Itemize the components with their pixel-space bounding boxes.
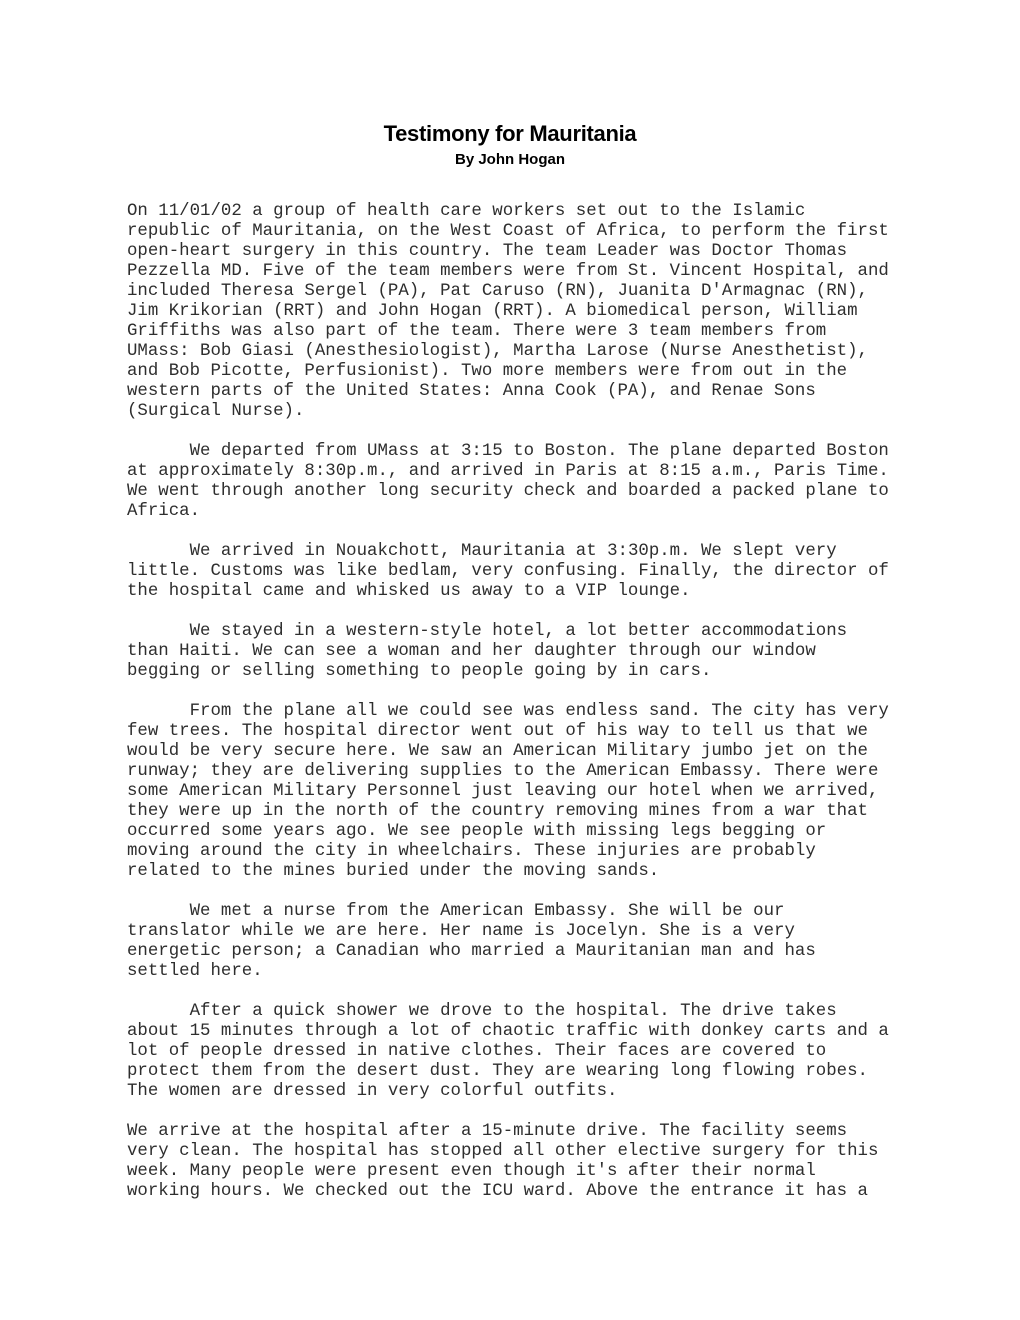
document-title: Testimony for Mauritania xyxy=(127,120,893,148)
paragraph: We arrive at the hospital after a 15-min… xyxy=(127,1122,893,1202)
paragraph: On 11/01/02 a group of health care worke… xyxy=(127,202,893,422)
paragraph: We departed from UMass at 3:15 to Boston… xyxy=(127,442,893,522)
paragraph: We arrived in Nouakchott, Mauritania at … xyxy=(127,542,893,602)
document-page: Testimony for Mauritania By John Hogan O… xyxy=(0,0,1020,1320)
paragraph: We stayed in a western-style hotel, a lo… xyxy=(127,622,893,682)
paragraph: From the plane all we could see was endl… xyxy=(127,702,893,882)
paragraph: We met a nurse from the American Embassy… xyxy=(127,902,893,982)
document-byline: By John Hogan xyxy=(127,150,893,170)
paragraph: After a quick shower we drove to the hos… xyxy=(127,1002,893,1102)
document-body: On 11/01/02 a group of health care worke… xyxy=(127,202,893,1202)
